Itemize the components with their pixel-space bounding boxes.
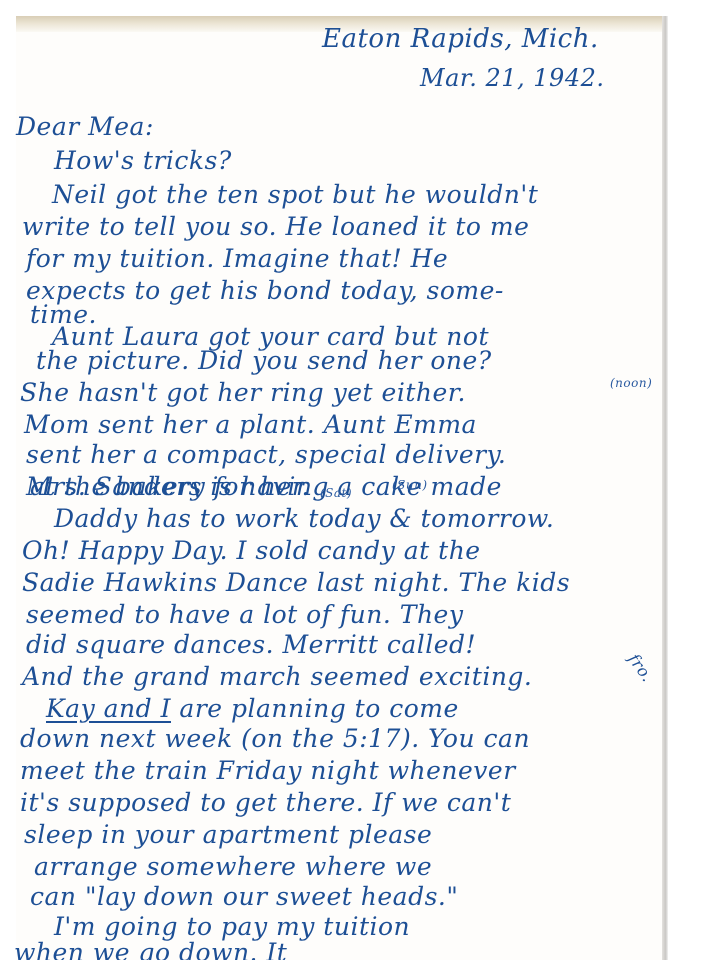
letter-line-15: Oh! Happy Day. I sold candy at the (22, 536, 481, 565)
annotation-sun: (Sun) (392, 478, 428, 492)
letter-line-23: it's supposed to get there. If we can't (20, 788, 511, 817)
letter-line-22: meet the train Friday night whenever (20, 756, 516, 785)
letter-place: Eaton Rapids, Mich. (322, 24, 599, 54)
letter-line-3: write to tell you so. He loaned it to me (22, 212, 529, 241)
letter-line-24: sleep in your apartment please (24, 820, 432, 849)
letter-line-4: for my tuition. Imagine that! He (26, 244, 448, 273)
letter-line-19: And the grand march seemed exciting. (22, 662, 532, 691)
letter-line-21: down next week (on the 5:17). You can (20, 724, 530, 753)
letter-line-8: the picture. Did you send her one? (36, 346, 492, 375)
paper-right-edge (662, 16, 668, 960)
letter-line-1: How's tricks? (54, 146, 232, 175)
letter-line-14: Daddy has to work today & tomorrow. (54, 504, 554, 533)
letter-line-20: Kay and I are planning to come (46, 694, 459, 723)
letter-line-26: can "lay down our sweet heads." (30, 882, 458, 911)
letter-date: Mar. 21, 1942. (420, 64, 604, 92)
letter-line-9: She hasn't got her ring yet either. (20, 378, 466, 407)
letter-line-5: expects to get his bond today, some- (26, 276, 504, 305)
underlined-names: Kay and I (46, 694, 171, 723)
annotation-noon: (noon) (610, 376, 652, 390)
letter-line-28: when we go down. It (14, 938, 287, 960)
letter-line-2: Neil got the ten spot but he wouldn't (52, 180, 538, 209)
letter-line-13: at the bakery for her. (30, 472, 310, 501)
letter-line-18: did square dances. Merritt called! (26, 630, 476, 659)
annotation-sat: (Sat) (320, 486, 352, 500)
salutation: Dear Mea: (16, 112, 154, 141)
letter-line-11: sent her a compact, special delivery. (26, 440, 506, 469)
letter-line-17: seemed to have a lot of fun. They (26, 600, 463, 629)
letter-line-25: arrange somewhere where we (34, 852, 432, 881)
letter-line-27: I'm going to pay my tuition (54, 912, 410, 941)
letter-line-20-rest: are planning to come (171, 694, 459, 723)
letter-line-16: Sadie Hawkins Dance last night. The kids (22, 568, 570, 597)
letter-line-10: Mom sent her a plant. Aunt Emma (24, 410, 477, 439)
